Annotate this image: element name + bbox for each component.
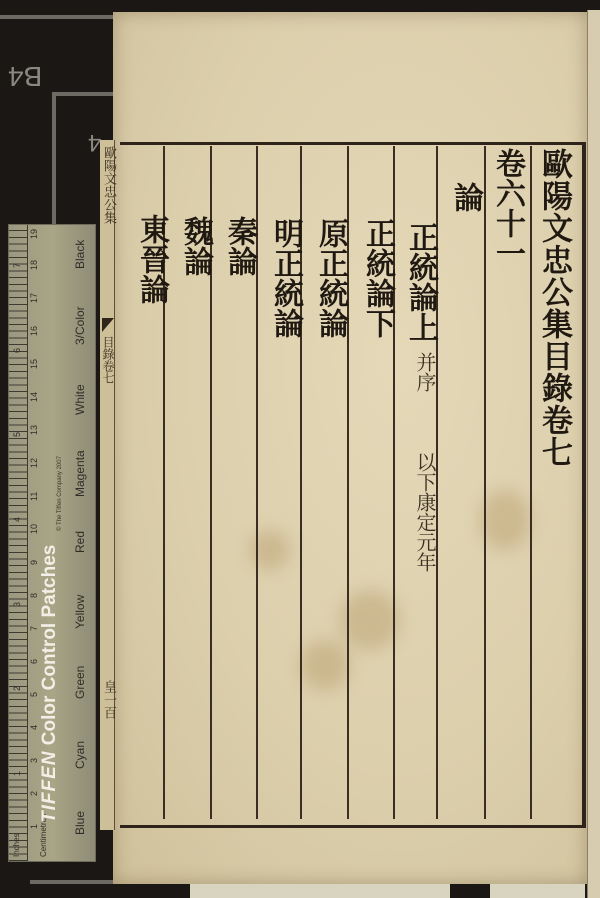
- page-edge-bottom-right: [490, 884, 585, 898]
- strip-title: TIFFEN Color Control Patches: [39, 545, 61, 823]
- cm-mark: 1: [29, 824, 39, 829]
- cm-mark: 17: [29, 293, 39, 303]
- cm-mark: 2: [29, 791, 39, 796]
- mat-border-inner-left: [52, 92, 56, 227]
- swatch-label-black: Black: [73, 240, 87, 269]
- fold-edge-page: 皇一百: [102, 680, 115, 719]
- cm-mark: 14: [29, 392, 39, 402]
- entry-title: 東晉論: [136, 214, 166, 304]
- inch-mark: 2: [12, 686, 22, 691]
- fold-edge-title: 歐陽文忠公集: [102, 146, 115, 224]
- swatch-label-cyan: Cyan: [73, 741, 87, 769]
- cm-mark: 12: [29, 458, 39, 468]
- cm-mark: 15: [29, 359, 39, 369]
- inch-mark: 4: [12, 517, 22, 522]
- swatch-label-green: Green: [73, 666, 87, 699]
- copyright-text: © The Tiffen Company 2007: [57, 456, 63, 531]
- entry-note: 以下康定元年: [415, 452, 435, 572]
- column-rule: [484, 146, 486, 819]
- cm-mark: 19: [29, 229, 39, 239]
- cm-mark: 6: [29, 659, 39, 664]
- cm-mark: 5: [29, 692, 39, 697]
- cm-mark: 9: [29, 560, 39, 565]
- volume-number: 卷六十一: [492, 148, 522, 268]
- cm-mark: 13: [29, 425, 39, 435]
- mat-border-top: [0, 15, 113, 19]
- cm-mark: 11: [29, 492, 39, 501]
- entry-title: 原正統論: [315, 218, 345, 338]
- swatch-label-magenta: Magenta: [73, 450, 87, 497]
- entry-note: 并序: [415, 352, 435, 392]
- entry-title: 魏論: [180, 216, 210, 276]
- cm-mark: 18: [29, 260, 39, 270]
- swatch-label-yellow: Yellow: [73, 595, 87, 629]
- category-heading: 論: [450, 182, 480, 212]
- swatch-label-blue: Blue: [73, 811, 87, 835]
- strip-title-text: Color Control Patches: [39, 545, 60, 746]
- swatch-label-white: White: [73, 384, 87, 415]
- cm-mark: 4: [29, 725, 39, 730]
- cm-mark: 10: [29, 524, 39, 534]
- collection-title: 歐陽文忠公集目錄卷七: [538, 148, 569, 468]
- cm-mark: 7: [29, 626, 39, 631]
- color-control-strip: Inches Centimetres 1 2 3 4 5 6 7 1 2 3 4…: [8, 224, 96, 862]
- inch-mark: 3: [12, 602, 22, 607]
- page-edge-bottom: [190, 884, 450, 898]
- tiffen-logo: TIFFEN: [39, 751, 60, 824]
- fold-edge: [100, 140, 115, 830]
- swatch-label-3color: 3/Color: [73, 306, 87, 345]
- entry-title: 正統論上: [405, 222, 435, 342]
- inch-mark: 1: [12, 771, 22, 776]
- column-rule: [530, 146, 532, 819]
- cm-mark: 16: [29, 326, 39, 336]
- fold-fishtail-mark: [102, 318, 114, 332]
- inch-mark: 6: [12, 348, 22, 353]
- inch-mark: 5: [12, 432, 22, 437]
- cm-mark: 3: [29, 758, 39, 763]
- inch-mark: 7: [12, 263, 22, 268]
- entry-title: 明正統論: [270, 218, 300, 338]
- entry-title: 秦論: [224, 216, 254, 276]
- swatch-label-red: Red: [73, 531, 87, 553]
- mat-label-b4: B4: [8, 60, 42, 92]
- entry-title: 正統論下: [362, 218, 392, 338]
- ruler-scale: [9, 225, 28, 861]
- mat-border-inner-top: [52, 92, 113, 96]
- cm-mark: 8: [29, 593, 39, 598]
- fold-edge-section: 目錄卷七: [102, 336, 114, 384]
- page-edge-right: [587, 10, 600, 898]
- unit-inches: Inches: [12, 833, 21, 857]
